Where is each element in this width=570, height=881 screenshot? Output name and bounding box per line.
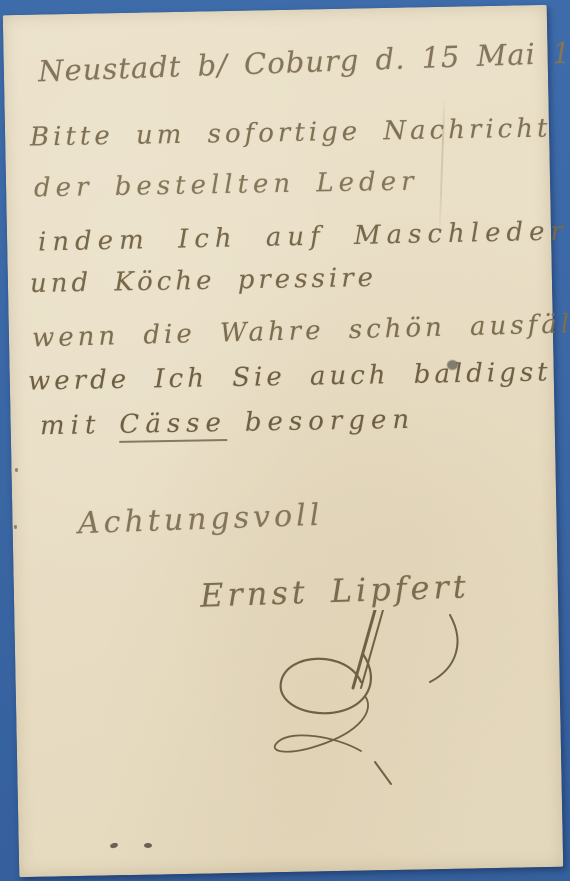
paper-speck [144,843,152,848]
body-line-cash: mitCässebesorgen [40,405,416,445]
cash-suffix: besorgen [245,405,416,438]
paper-speck [15,468,18,472]
underlined-word: Cässe [119,408,227,443]
cash-prefix: mit [40,410,102,441]
signature-flourish [225,610,470,795]
body-line: und Köche pressire [30,263,377,299]
ink-blot [447,360,458,370]
scanned-postcard: Neustadt b/ Coburg d. 15 Mai 1887 Bitte … [0,0,570,881]
paper-speck [14,525,17,529]
